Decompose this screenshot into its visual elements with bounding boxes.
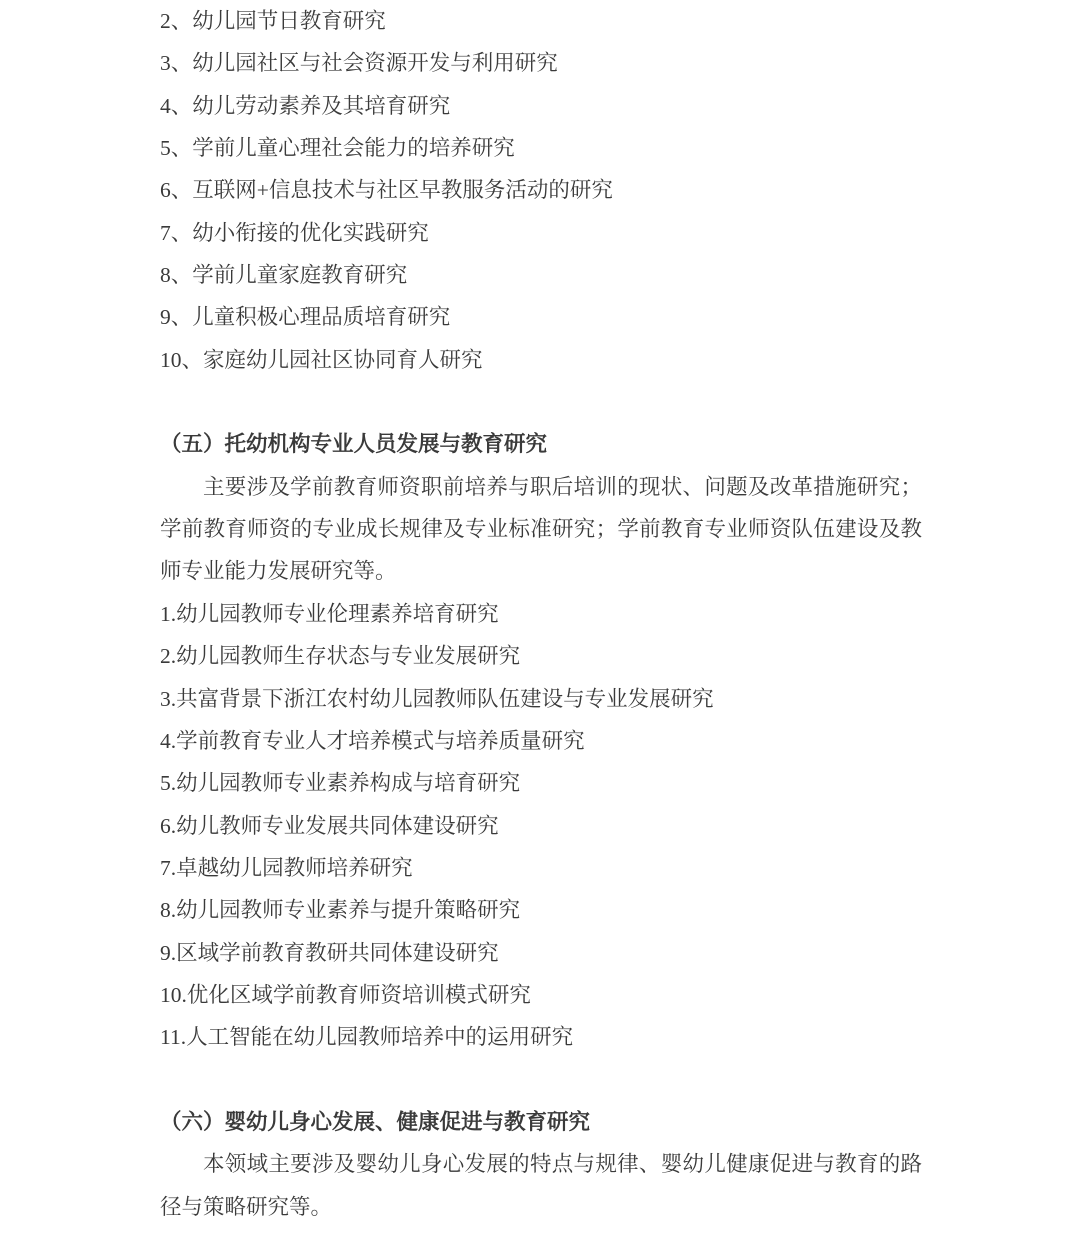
document-page: 2、幼儿园节日教育研究 3、幼儿园社区与社会资源开发与利用研究 4、幼儿劳动素养… xyxy=(0,0,1080,1239)
teacher-development-topic-item: 9.区域学前教育教研共同体建设研究 xyxy=(160,932,922,974)
research-topic-item: 6、互联网+信息技术与社区早教服务活动的研究 xyxy=(160,169,922,211)
teacher-development-topic-item: 3.共富背景下浙江农村幼儿园教师队伍建设与专业发展研究 xyxy=(160,678,922,720)
teacher-development-topic-item: 4.学前教育专业人才培养模式与培养质量研究 xyxy=(160,720,922,762)
teacher-development-topic-item: 10.优化区域学前教育师资培训模式研究 xyxy=(160,974,922,1016)
research-topic-item: 5、学前儿童心理社会能力的培养研究 xyxy=(160,127,922,169)
blank-line xyxy=(160,1059,922,1101)
research-topic-item: 2、幼儿园节日教育研究 xyxy=(160,0,922,42)
research-topic-item: 3、幼儿园社区与社会资源开发与利用研究 xyxy=(160,42,922,84)
teacher-development-topic-item: 11.人工智能在幼儿园教师培养中的运用研究 xyxy=(160,1016,922,1058)
teacher-development-topic-item: 1.幼儿园教师专业伦理素养培育研究 xyxy=(160,593,922,635)
section-six-intro: 本领域主要涉及婴幼儿身心发展的特点与规律、婴幼儿健康促进与教育的路径与策略研究等… xyxy=(160,1143,922,1228)
blank-line xyxy=(160,381,922,423)
section-five-heading: （五）托幼机构专业人员发展与教育研究 xyxy=(160,423,922,465)
teacher-development-topic-item: 6.幼儿教师专业发展共同体建设研究 xyxy=(160,805,922,847)
teacher-development-topic-item: 7.卓越幼儿园教师培养研究 xyxy=(160,847,922,889)
section-six-heading: （六）婴幼儿身心发展、健康促进与教育研究 xyxy=(160,1101,922,1143)
research-topic-item: 4、幼儿劳动素养及其培育研究 xyxy=(160,85,922,127)
teacher-development-topic-item: 8.幼儿园教师专业素养与提升策略研究 xyxy=(160,889,922,931)
research-topic-item: 10、家庭幼儿园社区协同育人研究 xyxy=(160,339,922,381)
section-five-intro: 主要涉及学前教育师资职前培养与职后培训的现状、问题及改革措施研究；学前教育师资的… xyxy=(160,466,922,593)
teacher-development-topic-item: 2.幼儿园教师生存状态与专业发展研究 xyxy=(160,635,922,677)
teacher-development-topic-item: 5.幼儿园教师专业素养构成与培育研究 xyxy=(160,762,922,804)
document-content: 2、幼儿园节日教育研究 3、幼儿园社区与社会资源开发与利用研究 4、幼儿劳动素养… xyxy=(160,0,922,1228)
research-topic-item: 9、儿童积极心理品质培育研究 xyxy=(160,296,922,338)
research-topic-item: 7、幼小衔接的优化实践研究 xyxy=(160,212,922,254)
research-topic-item: 8、学前儿童家庭教育研究 xyxy=(160,254,922,296)
